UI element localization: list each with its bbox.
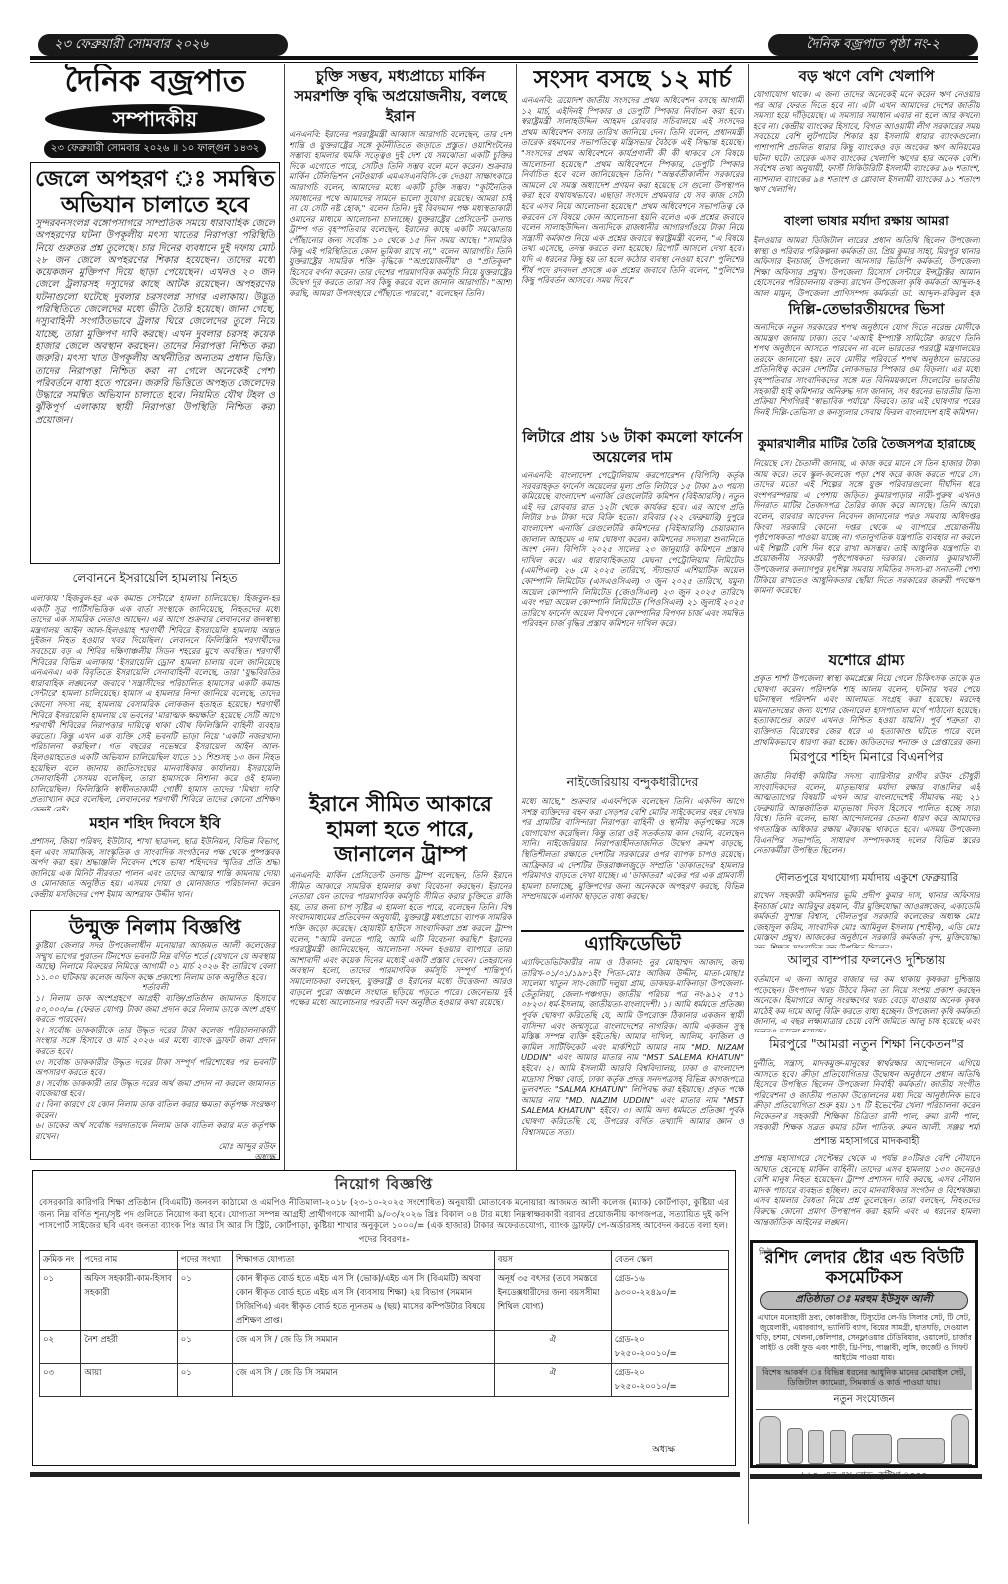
cell-serial: ০২ [40, 1330, 81, 1363]
cell-age: অনূর্ধ ৩৫ বৎসর (তবে সমস্তরে ইনডেক্সধারীদ… [494, 1269, 611, 1330]
cell-scale: গ্রেড-১৬ ৯৩০০-২২৪৯০/= [611, 1269, 728, 1330]
camera-image-icon [852, 1434, 892, 1464]
furnace-oil-headline: লিটারে প্রায় ১৬ টাকা কমলো ফার্নেস অয়েল… [521, 427, 744, 467]
ebi-body: প্রশাসন, জিয়া পরিষদ, ইউট্যাব, শাখা ছাত্… [30, 836, 280, 900]
pacific-headline: প্রশান্ত মহাসাগরে মাদকবাহী [753, 1134, 980, 1151]
iran-strike-body: এনএনবি: মার্কিন প্রেসিডেন্ট ডনাল্ড ট্রাম… [289, 870, 512, 1170]
masthead-title: দৈনিক বজ্রপাত [30, 64, 280, 100]
cell-post: অফিস সহকারী-কাম-হিসাব সহকারী [81, 1269, 177, 1330]
table-row: ০২ নৈশ প্রহরী ০১ জে এস সি / জে ডি সি সমম… [40, 1330, 729, 1363]
nigeria-headline: নাইজেরিয়ায় বন্দুকধারীদের [521, 774, 744, 794]
bangla-language-body: ইলওয়ার আমরা ডিজিটাল লারের প্রধান অতিথি … [753, 235, 980, 297]
daulatpur-body: রাখেন সহকারী কমিশনার ভূমি প্রদীপ কুমার দ… [753, 890, 980, 948]
pottery-headline: কুমারখালীর মাটির তৈরি তৈজসপত্র হারাচ্ছে [753, 436, 980, 456]
cell-count: ০১ [177, 1330, 232, 1363]
column-national: সংসদ বসছে ১২ মার্চ এনএনবি: ত্রয়োদশ জাতী… [516, 64, 744, 1184]
editorial-box: জেলে অপহরণ ঃ সমন্বিত অভিযান চালাতে হবে স… [30, 162, 280, 564]
cell-serial: ০১ [40, 1269, 81, 1330]
editorial-label: সম্পাদকীয় [45, 104, 265, 134]
iran-talks-headline: চুক্তি সম্ভব, মধ্যপ্রাচ্যে মার্কিন সমরশক… [289, 66, 512, 126]
mirpur-school-headline: মিরপুরে "আমরা নতুন শিক্ষা নিকেতন"র [753, 1036, 980, 1056]
auction-condition-2: ২। সর্বোচ্চ ডাককারীকে তার উদ্ধৃত দরের টা… [35, 1025, 275, 1057]
auction-signature: মোঃ আব্দুর রউফ অধ্যক্ষ মনোয়ারা আজমত আলী… [35, 1141, 275, 1160]
col-count: পদের সংখ্যা [177, 1250, 232, 1269]
bangla-language-headline: বাংলা ভাষার মর্যাদা রক্ষায় আমরা [753, 213, 980, 233]
editorial-date: ২৩ ফেব্রুয়ারী সোমবার ২০২৬ ॥ ১০ ফাল্গুন … [44, 140, 266, 158]
job-notice-intro: বেসরকারি কারিগরি শিক্ষা প্রতিষ্ঠান (বিএম… [39, 1198, 729, 1233]
delhi-visa-body: অন্যদিকে নতুন সরকারের শপথ অনুষ্ঠানে যোগ … [753, 322, 980, 432]
table-row: ০৩ আয়া ০১ জে এস সি / জে ডি সি সমমান ঐ গ… [40, 1363, 729, 1396]
parliament-headline: সংসদ বসছে ১২ মার্চ [521, 66, 744, 91]
ad-special: বিশেষ আকর্ষণ ঃ বিভিন্ন ধরনের আধুনিক মানে… [756, 1366, 972, 1390]
mirpur-bnp-body: জাতীয় নির্বাহী কমিটির সদস্য ব্যারিস্টার… [753, 771, 980, 867]
cell-qualification: জে এস সি / জে ডি সি সমমান [232, 1363, 494, 1396]
affidavit-headline: এ্যাফিডেভিট [521, 934, 744, 954]
ad-founder: প্রতিষ্ঠাতা ঃ মরহুম ইউসুফ আলী [760, 1291, 968, 1310]
lebanon-body: এলাকায় 'হিজবুল-হর এক কমান্ড সেন্টারে' হ… [30, 593, 280, 811]
col-post: পদের নাম [81, 1250, 177, 1269]
cell-qualification: জে এস সি / জে ডি সি সমমান [232, 1330, 494, 1363]
ad-new-addition: নতুন সংযোজন [756, 1392, 972, 1409]
job-notice: নিয়োগ বিজ্ঞপ্তি বেসরকারি কারিগরি শিক্ষা… [32, 1170, 736, 1466]
person-image-icon [951, 1414, 969, 1464]
table-row: ০১ অফিস সহকারী-কাম-হিসাব সহকারী ০১ কোন স… [40, 1269, 729, 1330]
auction-condition-4: ৪। সর্বোচ্চ ডাককারী তার উদ্ধৃত দরের অর্থ… [35, 1078, 275, 1099]
ad-store-name: রশিদ লেদার ষ্টোর এন্ড বিউটি কসমেটিকস [756, 1248, 972, 1288]
header-date-pill: ২৩ ফেব্রুয়ারী সোমবার ২০২৬ [38, 34, 288, 56]
ad-product-images [756, 1409, 972, 1465]
editorial-body: সুন্দরবনসংলগ্ন বঙ্গোপসাগরে সাম্প্রতিক সম… [35, 218, 275, 560]
lebanon-headline: লেবাননে ইসরায়েলি হামলায় নিহত [30, 570, 280, 590]
column-international: চুক্তি সম্ভব, মধ্যপ্রাচ্যে মার্কিন সমরশক… [284, 64, 512, 1184]
nigeria-body: মধ্যে আছে," শুক্রবার এএফপিকে বলেছেন তিনি… [521, 796, 744, 926]
delhi-visa-headline: দিল্লি-তেভারতীয়দের ভিসা [753, 299, 980, 319]
cell-scale: গ্রেড-২০ ৮২৫০-২০০১০/= [611, 1330, 728, 1363]
camcorder-image-icon [897, 1438, 945, 1464]
store-advertisement: নিউ রশিদ লেদার ষ্টোর এন্ড বিউটি কসমেটিকস… [750, 1240, 978, 1468]
potato-headline: আলুর বাম্পার ফলনেও দুশ্চিন্তায় [753, 952, 980, 972]
parliament-body: এনএনবি: ত্রয়োদশ জাতীয় সংসদের প্রথম অধি… [521, 95, 744, 425]
auction-condition-3: ৩। সর্বোচ্চ ডাককারীর উদ্ধৃত দরের টাকা সম… [35, 1057, 275, 1078]
auction-conditions-label: শর্তাবলী [35, 982, 275, 993]
auction-condition-6: ৬। ডাকের অর্থ সর্বোচ্চ দরদাতাকে নিলাম ডা… [35, 1120, 275, 1141]
phone-image-icon [808, 1430, 824, 1464]
affidavit-box: এ্যাফিডেভিট এ্যাফিডেভিটকারীর নাম ও ঠিকান… [521, 930, 744, 1184]
furnace-oil-body: এনএনবি: বাংলাদেশ পেট্রোলিয়াম করপোরেশন (… [521, 470, 744, 770]
auction-headline: উন্মুক্ত নিলাম বিজ্ঞপ্তি [35, 914, 275, 940]
auction-intro: কুষ্টিয়া জেলার সদর উপজেলাধীন মনোয়ারা আ… [35, 940, 275, 982]
cell-qualification: কোন স্বীকৃত বোর্ড হতে এইচ এস সি (ভোক)/এই… [232, 1269, 494, 1330]
ebi-headline: মহান শহিদ দিবসে ইবি [30, 813, 280, 833]
phone-image-icon [787, 1428, 803, 1464]
iran-strike-headline: ইরানে সীমিত আকারে হামলা হতে পারে, জানালে… [289, 791, 512, 866]
iran-talks-body: এনএনবি: ইরানের পররাষ্ট্রমন্ত্রী আব্বাস আ… [289, 129, 512, 789]
mirpur-bnp-headline: মিরপুরে শহিদ মিনারে বিএনপির [753, 749, 980, 769]
jessore-body: প্রকৃত শার্শা উপজেলা স্বাস্থ্য কমপ্লেক্স… [753, 673, 980, 745]
job-table: ক্রমিক নং পদের নাম পদের সংখ্যা শিক্ষাগত … [39, 1250, 729, 1397]
jessore-headline: যশোরে গ্রাম্য [753, 650, 980, 670]
ad-bottom-rule [750, 1474, 982, 1479]
cell-scale: গ্রেড-২০ ৮২৫০-২০০১০/= [611, 1363, 728, 1396]
pottery-body: নিয়েছে সে। চৈতালী জানায়, এ কাজ করে মান… [753, 458, 980, 648]
ad-new-tag: নিউ [759, 1247, 772, 1260]
job-table-caption: পদের বিবরণঃ- [39, 1233, 729, 1247]
default-loans-body: যোগাযোগ থাকে। এ জন্য তাদের অনেকেই মনে কর… [753, 89, 980, 209]
cell-serial: ০৩ [40, 1363, 81, 1396]
cell-count: ০১ [177, 1363, 232, 1396]
auction-condition-1: ১। নিলাম ডাক অংশগ্রহণে আগ্রহী ব্যক্তি/প্… [35, 993, 275, 1025]
job-table-header: ক্রমিক নং পদের নাম পদের সংখ্যা শিক্ষাগত … [40, 1250, 729, 1269]
default-loans-headline: বড় ঋণে বেশি খেলাপি [753, 66, 980, 86]
col-qualification: শিক্ষাগত যোগ্যতা [232, 1250, 494, 1269]
cell-post: আয়া [81, 1363, 177, 1396]
col-scale: বেতন স্কেল [611, 1250, 728, 1269]
col-serial: ক্রমিক নং [40, 1250, 81, 1269]
cell-age: ঐ [494, 1330, 611, 1363]
potato-body: বর্তমানে এ জন্য আলুর বাজার দর কম থাকায় … [753, 974, 980, 1032]
mirpur-school-body: দুর্নীতি, সন্ত্রাস, মাদকমুক্ত-মানুষের স্… [753, 1058, 980, 1130]
header-rule-thin [30, 62, 978, 63]
bottom-rule [30, 1472, 740, 1477]
editorial-headline: জেলে অপহরণ ঃ সমন্বিত অভিযান চালাতে হবে [35, 166, 275, 218]
phone-image-icon [830, 1430, 846, 1464]
affidavit-body: এ্যাফিডেভিটকারীর নাম ও ঠিকানা: নুর মোহাম… [521, 957, 744, 1184]
header-rule [30, 56, 978, 60]
header-page-pill: দৈনিক বজ্রপাত পৃষ্ঠা নং-২ [768, 34, 978, 56]
person-image-icon [759, 1416, 781, 1464]
auction-notice: উন্মুক্ত নিলাম বিজ্ঞপ্তি কুষ্টিয়া জেলার… [30, 910, 280, 1160]
cell-age: ঐ [494, 1363, 611, 1396]
ad-items: এখানে মনোহারী দ্রব্য, কোকারীজ, টিস্যুটের… [756, 1313, 972, 1363]
job-notice-signature: অধ্যক্ষ [652, 1442, 675, 1457]
auction-condition-5: ৫। বিনা কারণে যে কোন নিলাম ডাক বাতিল করা… [35, 1099, 275, 1120]
daulatpur-headline: দৌলতপুরে যথাযোগ্য মর্যাদায় একুশে ফেব্রু… [753, 871, 980, 888]
pacific-body: প্রশান্ত মহাসাগরে সেপ্টেম্বর থেকে এ পর্য… [753, 1153, 980, 1235]
col-age: বয়স [494, 1250, 611, 1269]
job-notice-headline: নিয়োগ বিজ্ঞপ্তি [39, 1173, 729, 1198]
cell-post: নৈশ প্রহরী [81, 1330, 177, 1363]
cell-count: ০১ [177, 1269, 232, 1330]
